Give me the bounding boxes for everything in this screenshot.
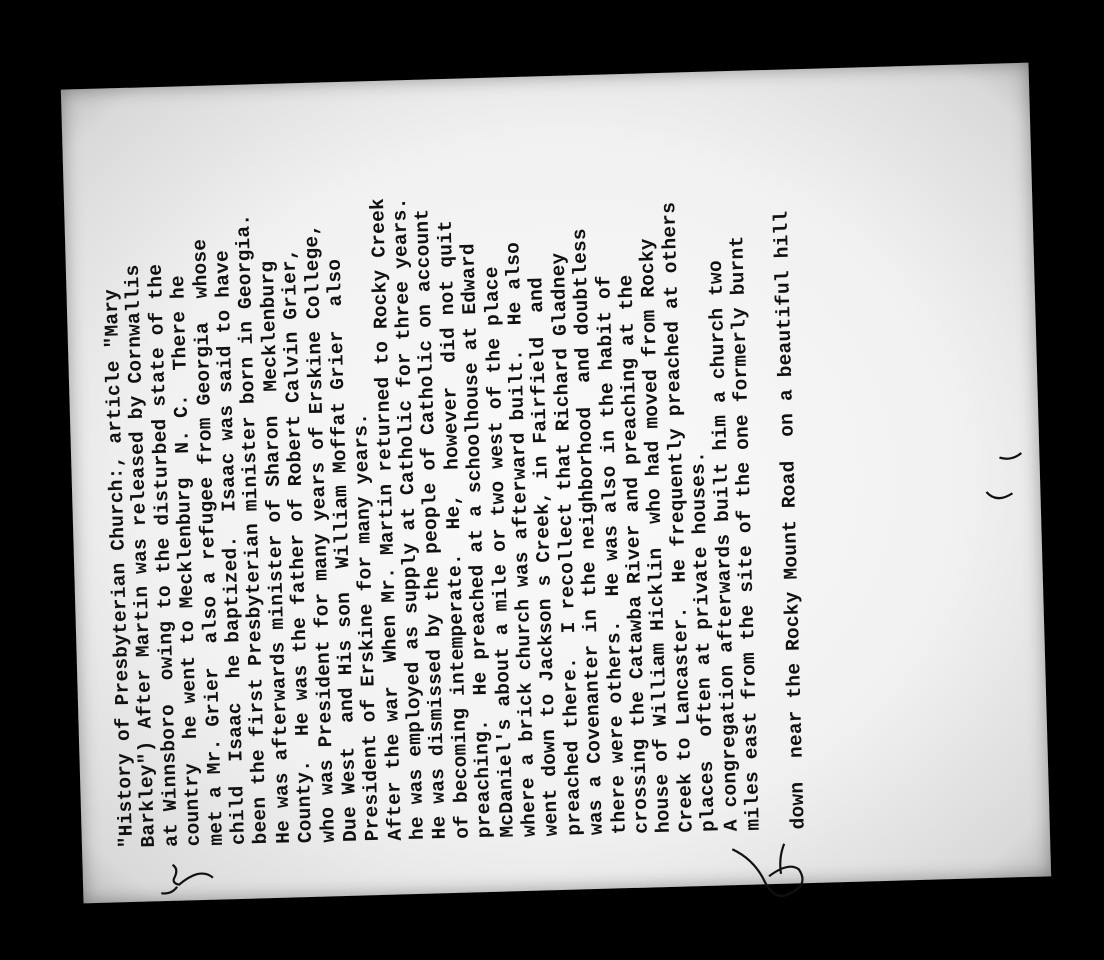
ink-mark-bottom-left-icon: [152, 855, 233, 907]
scanned-document-page: "History of Presbyterian Church:, articl…: [61, 63, 1051, 904]
ink-mark-right-icon: [971, 443, 1033, 525]
ink-mark-bottom-icon: [722, 839, 824, 922]
typewritten-text: "History of Presbyterian Church:, articl…: [94, 49, 810, 848]
